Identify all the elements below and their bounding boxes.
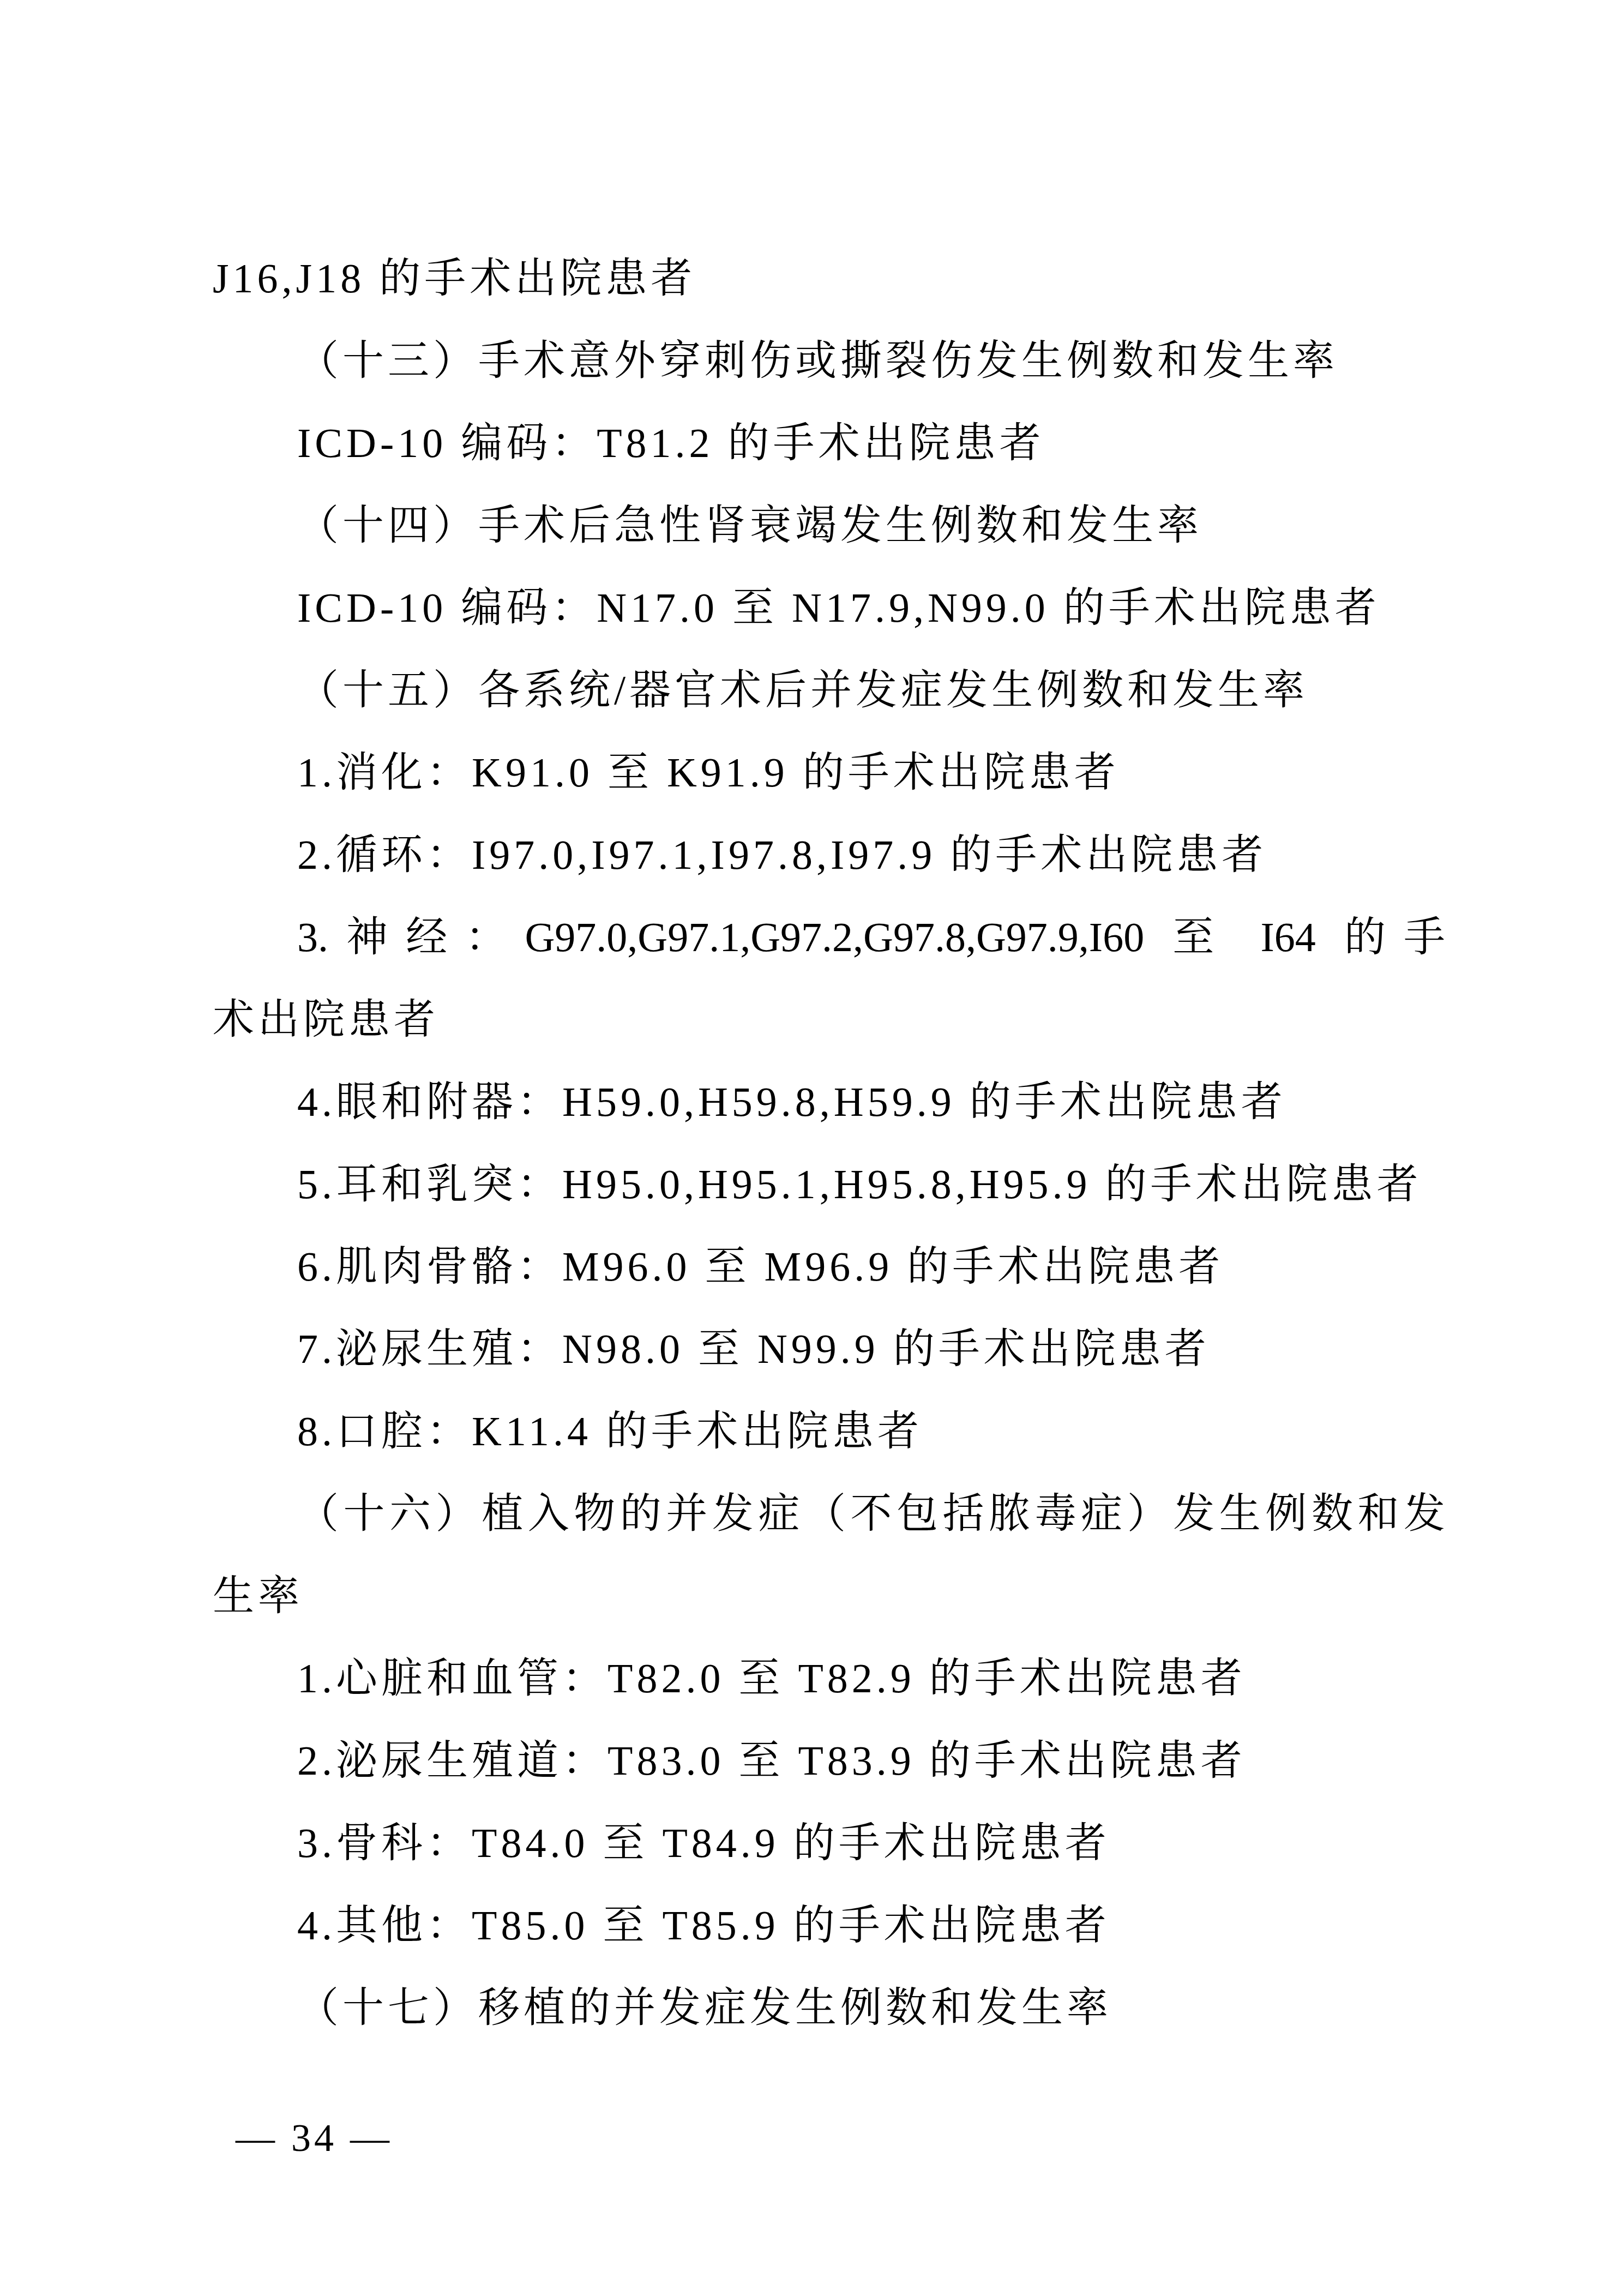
text-line: 6.肌肉骨骼：M96.0 至 M96.9 的手术出院患者 xyxy=(213,1226,1445,1308)
text-line: （十六）植入物的并发症（不包括脓毒症）发生例数和发 xyxy=(213,1473,1445,1555)
text-line: （十四）手术后急性肾衰竭发生例数和发生率 xyxy=(213,485,1445,567)
text-line: 生率 xyxy=(213,1555,1445,1638)
text-line: 4.其他：T85.0 至 T85.9 的手术出院患者 xyxy=(213,1885,1445,1967)
text-line: （十七）移植的并发症发生例数和发生率 xyxy=(213,1967,1445,2049)
text-line: 术出院患者 xyxy=(213,979,1445,1061)
text-block: J16,J18 的手术出院患者（十三）手术意外穿刺伤或撕裂伤发生例数和发生率IC… xyxy=(213,238,1445,2049)
document-page: J16,J18 的手术出院患者（十三）手术意外穿刺伤或撕裂伤发生例数和发生率IC… xyxy=(0,0,1624,2296)
text-line: J16,J18 的手术出院患者 xyxy=(213,238,1445,320)
text-line: 1.消化：K91.0 至 K91.9 的手术出院患者 xyxy=(213,732,1445,814)
text-line: 2.循环：I97.0,I97.1,I97.8,I97.9 的手术出院患者 xyxy=(213,814,1445,897)
text-line: （十五）各系统/器官术后并发症发生例数和发生率 xyxy=(213,650,1445,732)
text-line: 3.神经：G97.0,G97.1,G97.2,G97.8,G97.9,I60 至… xyxy=(213,897,1445,979)
text-line: ICD-10 编码：T81.2 的手术出院患者 xyxy=(213,402,1445,485)
text-line: （十三）手术意外穿刺伤或撕裂伤发生例数和发生率 xyxy=(213,320,1445,402)
page-number: — 34 — xyxy=(236,2097,393,2179)
text-line: 8.口腔：K11.4 的手术出院患者 xyxy=(213,1391,1445,1473)
text-line: 3.骨科：T84.0 至 T84.9 的手术出院患者 xyxy=(213,1802,1445,1885)
text-line: 2.泌尿生殖道：T83.0 至 T83.9 的手术出院患者 xyxy=(213,1720,1445,1802)
text-line: 1.心脏和血管：T82.0 至 T82.9 的手术出院患者 xyxy=(213,1638,1445,1720)
text-line: ICD-10 编码：N17.0 至 N17.9,N99.0 的手术出院患者 xyxy=(213,567,1445,650)
text-line: 7.泌尿生殖：N98.0 至 N99.9 的手术出院患者 xyxy=(213,1308,1445,1391)
text-line: 5.耳和乳突：H95.0,H95.1,H95.8,H95.9 的手术出院患者 xyxy=(213,1144,1445,1226)
text-line: 4.眼和附器：H59.0,H59.8,H59.9 的手术出院患者 xyxy=(213,1061,1445,1144)
